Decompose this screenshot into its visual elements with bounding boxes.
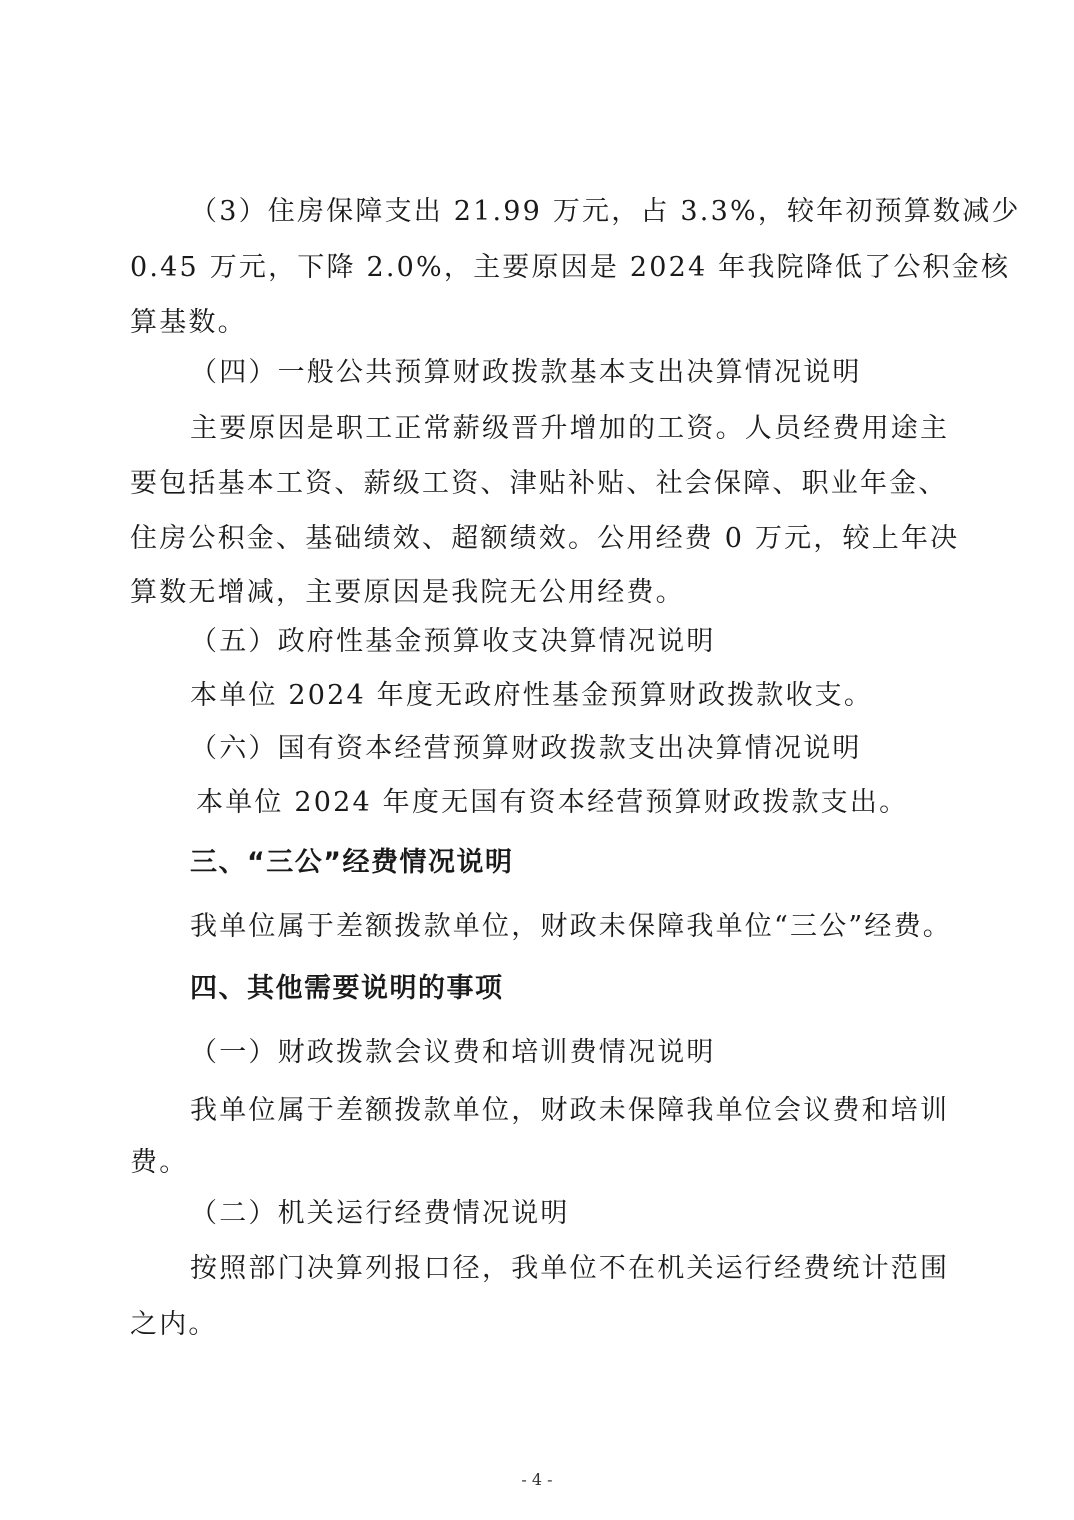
- paragraph-basic-expenditure-line-3: 住房公积金、基础绩效、超额绩效。公用经费 0 万元，较上年决: [130, 522, 959, 556]
- paragraph-housing-expense-line-1: （3）住房保障支出 21.99 万元，占 3.3%，较年初预算数减少: [190, 195, 1021, 229]
- subheading-meeting-training-fees: （一）财政拨款会议费和培训费情况说明: [190, 1036, 716, 1070]
- paragraph-three-public-expenses: 我单位属于差额拨款单位，财政未保障我单位“三公”经费。: [190, 910, 952, 944]
- paragraph-housing-expense-line-2: 0.45 万元，下降 2.0%，主要原因是 2024 年我院降低了公积金核: [130, 251, 1010, 285]
- paragraph-operating-expenses-line-1: 按照部门决算列报口径，我单位不在机关运行经费统计范围: [190, 1252, 949, 1286]
- subheading-basic-expenditure: （四）一般公共预算财政拨款基本支出决算情况说明: [190, 356, 862, 390]
- paragraph-basic-expenditure-line-2: 要包括基本工资、薪级工资、津贴补贴、社会保障、职业年金、: [130, 467, 948, 501]
- subheading-government-fund: （五）政府性基金预算收支决算情况说明: [190, 625, 716, 659]
- paragraph-housing-expense-line-3: 算基数。: [130, 306, 247, 340]
- paragraph-meeting-training-fees-line-1: 我单位属于差额拨款单位，财政未保障我单位会议费和培训: [190, 1094, 949, 1128]
- paragraph-operating-expenses-line-2: 之内。: [130, 1308, 218, 1342]
- paragraph-government-fund: 本单位 2024 年度无政府性基金预算财政拨款收支。: [190, 679, 873, 713]
- heading-other-matters: 四、其他需要说明的事项: [190, 972, 504, 1006]
- paragraph-basic-expenditure-line-1: 主要原因是职工正常薪级晋升增加的工资。人员经费用途主: [190, 412, 949, 446]
- page-number: - 4 -: [0, 1470, 1074, 1489]
- heading-three-public-expenses: 三、“三公”经费情况说明: [190, 846, 514, 880]
- paragraph-meeting-training-fees-line-2: 费。: [130, 1146, 188, 1180]
- paragraph-state-capital: 本单位 2024 年度无国有资本经营预算财政拨款支出。: [196, 786, 908, 820]
- paragraph-basic-expenditure-line-4: 算数无增减，主要原因是我院无公用经费。: [130, 576, 685, 610]
- subheading-state-capital: （六）国有资本经营预算财政拨款支出决算情况说明: [190, 732, 862, 766]
- subheading-operating-expenses: （二）机关运行经费情况说明: [190, 1197, 570, 1231]
